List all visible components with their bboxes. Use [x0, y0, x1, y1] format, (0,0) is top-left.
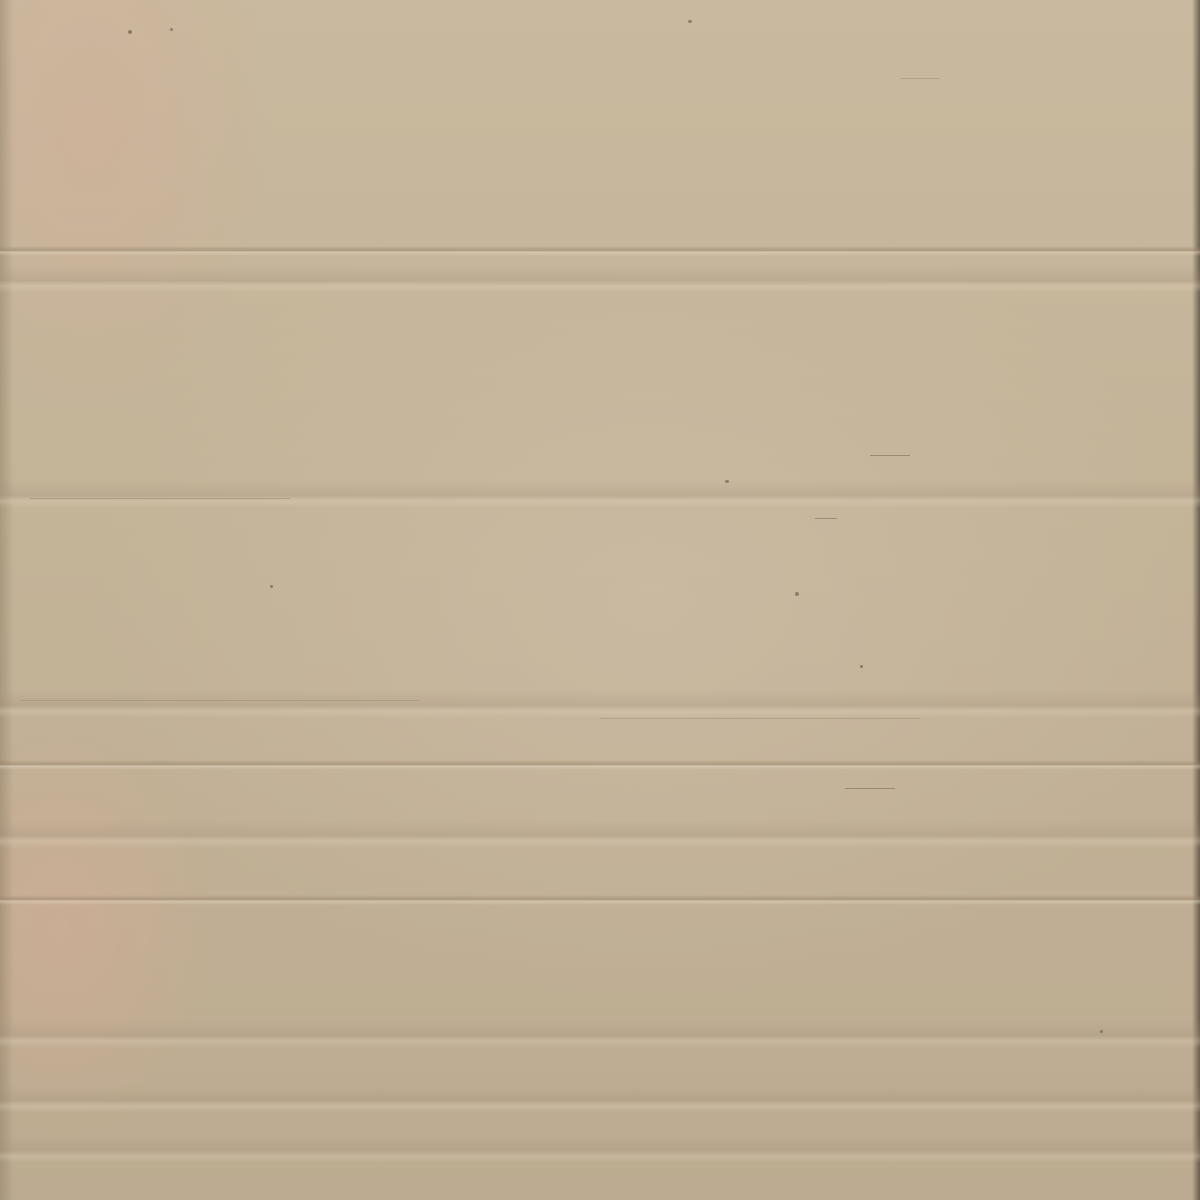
- fold-crease: [0, 760, 1200, 770]
- fold-crease: [0, 895, 1200, 905]
- fold-crease-faint: [0, 1135, 1200, 1163]
- paper-fiber: [30, 498, 290, 499]
- fold-crease-faint: [0, 480, 1200, 508]
- paper-speck: [170, 28, 173, 31]
- paper-fiber: [845, 788, 895, 789]
- paper-speck: [725, 480, 729, 483]
- fold-crease: [0, 246, 1200, 256]
- paper-fiber: [815, 518, 837, 519]
- paper-fiber: [600, 718, 920, 719]
- paper-speck: [1100, 1030, 1103, 1033]
- paper-speck: [688, 20, 692, 23]
- fold-crease-faint: [0, 1085, 1200, 1113]
- paper-speck: [270, 585, 273, 588]
- paper-fiber: [20, 700, 420, 701]
- paper-speck: [860, 665, 863, 668]
- paper-photo: [0, 0, 1200, 1200]
- paper-speck: [795, 592, 799, 596]
- fold-crease-faint: [0, 1020, 1200, 1048]
- fold-crease-shadow: [0, 265, 1200, 293]
- paper-speck: [128, 30, 132, 34]
- fold-crease-faint: [0, 690, 1200, 718]
- fold-crease-faint: [0, 820, 1200, 848]
- paper-fiber: [900, 78, 940, 79]
- paper-fiber: [870, 455, 910, 456]
